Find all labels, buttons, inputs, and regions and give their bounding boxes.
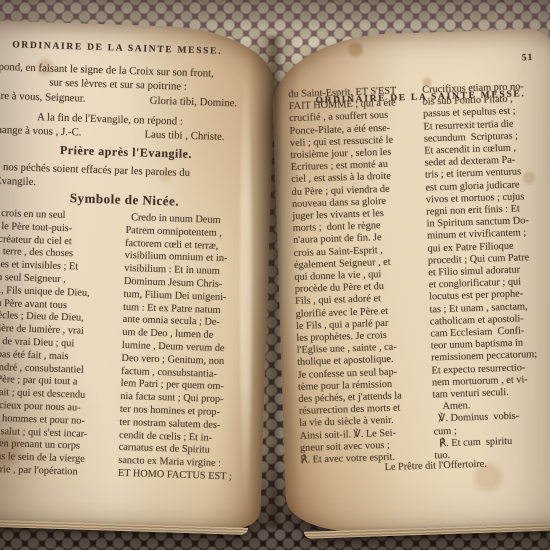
versicle-french-1: ire à vous, Seigneur. <box>0 90 86 105</box>
left-page-latin-column: Credo in unum DeumPatrem omnipotentem ,f… <box>118 212 266 485</box>
right-page-french-column: du Saint-Esprit, ET S'ESTFAIT HOMME ; qu… <box>288 85 430 467</box>
versicle-latin-2: Laus tibi , Christe. <box>144 128 224 143</box>
versicle-french-2: uange à vous , J.-C. <box>0 124 82 139</box>
left-page: ORDINAIRE DE LA SAINTE MESSE. pond, en f… <box>0 20 276 529</box>
photo-open-missal-on-lace: ORDINAIRE DE LA SAINTE MESSE. pond, en f… <box>0 0 550 550</box>
section-title-priere-apres-evangile: Prière après l'Evangile. <box>16 141 236 163</box>
right-page-latin-column: Crucifixus etiam pro no-bis sub Pontio P… <box>422 80 550 462</box>
left-page-french-column: e crois en un seulu le Père tout-puis-, … <box>0 208 124 481</box>
versicle-latin-1: Gloria tibi, Domine. <box>149 95 237 110</box>
running-head-left: ORDINAIRE DE LA SAINTE MESSE. <box>0 40 237 58</box>
right-page: ORDINAIRE DE LA SAINTE MESSE. 51 du Sain… <box>270 28 550 533</box>
page-number: 51 <box>522 53 534 63</box>
